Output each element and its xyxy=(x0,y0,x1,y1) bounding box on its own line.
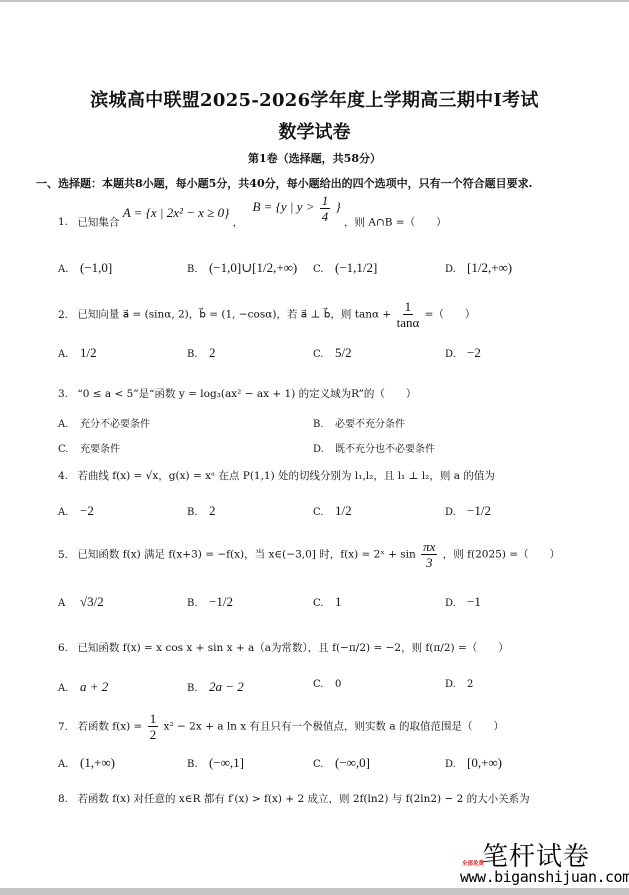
option-label: A xyxy=(58,598,80,609)
q5-option-b[interactable]: B.−1/2 xyxy=(187,594,233,610)
option-value: (−1,0] xyxy=(80,260,112,275)
q6-option-c[interactable]: C.0 xyxy=(313,679,341,690)
question-stem: 已知集合 xyxy=(77,216,119,228)
option-value: 2 xyxy=(209,503,216,518)
option-label: C. xyxy=(313,264,335,275)
option-label: A. xyxy=(58,507,80,518)
option-label: D. xyxy=(445,507,467,518)
question-1: 1. 已知集合 A = {x | 2x² − x ≥ 0} ， B = {y |… xyxy=(58,208,447,237)
option-label: A. xyxy=(58,759,80,770)
option-label: B. xyxy=(187,264,209,275)
question-number: 6. xyxy=(58,642,68,654)
option-value: a + 2 xyxy=(80,679,108,694)
fraction-numerator: πx xyxy=(421,540,437,555)
option-label: C. xyxy=(313,759,335,770)
question-7: 7. 若函数 f(x) = 12 x² − 2x + a ln x 有且只有一个… xyxy=(58,712,504,741)
question-number: 3. xyxy=(58,388,68,400)
q2-option-d[interactable]: D.−2 xyxy=(445,345,481,361)
bottom-border xyxy=(0,888,629,895)
option-value: 1/2 xyxy=(80,345,97,360)
question-number: 7. xyxy=(58,721,68,733)
exam-part: 第1卷（选择题，共58分） xyxy=(0,150,629,166)
option-label: B. xyxy=(187,598,209,609)
q6-option-a[interactable]: A.a + 2 xyxy=(58,679,108,695)
option-value: (−∞,1] xyxy=(209,755,244,770)
option-value: [1/2,+∞) xyxy=(467,260,512,275)
question-stem-start: 若函数 f(x) = xyxy=(77,721,142,733)
question-stem: 已知函数 f(x) 满足 f(x+3) = −f(x)，当 x∈(−3,0] 时… xyxy=(77,549,415,561)
question-number: 5. xyxy=(58,549,68,561)
question-tail: =（ ） xyxy=(425,309,476,321)
option-value: −1 xyxy=(467,594,481,609)
option-label: B. xyxy=(187,507,209,518)
option-label: D. xyxy=(313,444,335,455)
question-8: 8. 若函数 f(x) 对任意的 x∈R 都有 f′(x) > f(x) + 2… xyxy=(58,791,530,806)
q7-option-b[interactable]: B.(−∞,1] xyxy=(187,755,244,771)
q4-option-a[interactable]: A.−2 xyxy=(58,503,94,519)
option-value: √3/2 xyxy=(80,594,104,609)
q3-option-b[interactable]: B.必要不充分条件 xyxy=(313,415,405,430)
option-label: B. xyxy=(313,419,335,430)
option-label: D. xyxy=(445,349,467,360)
option-label: C. xyxy=(58,444,80,455)
option-label: B. xyxy=(187,349,209,360)
set-a-expression: A = {x | 2x² − x ≥ 0} xyxy=(123,205,230,220)
question-stem: 若曲线 f(x) = √x，g(x) = xᵃ 在点 P(1,1) 处的切线分别… xyxy=(77,470,494,482)
q6-option-d[interactable]: D.2 xyxy=(445,679,473,690)
option-label: C. xyxy=(313,349,335,360)
question-number: 4. xyxy=(58,470,68,482)
option-label: D. xyxy=(445,679,467,690)
option-label: D. xyxy=(445,759,467,770)
q4-option-b[interactable]: B.2 xyxy=(187,503,216,519)
option-value: (−1,0]∪[1/2,+∞) xyxy=(209,260,297,275)
option-value: 2 xyxy=(209,345,216,360)
fraction-denominator: tanα xyxy=(397,315,420,329)
question-5: 5. 已知函数 f(x) 满足 f(x+3) = −f(x)，当 x∈(−3,0… xyxy=(58,540,560,569)
q2-option-b[interactable]: B.2 xyxy=(187,345,216,361)
fraction: 14 xyxy=(320,194,331,223)
option-value: 必要不充分条件 xyxy=(335,419,405,430)
q5-option-d[interactable]: D.−1 xyxy=(445,594,481,610)
option-value: (1,+∞) xyxy=(80,755,115,770)
option-label: A. xyxy=(58,349,80,360)
question-stem-end: x² − 2x + a ln x 有且只有一个极值点，则实数 a 的取值范围是（… xyxy=(164,721,504,733)
q5-option-a[interactable]: A√3/2 xyxy=(58,594,104,610)
question-number: 1. xyxy=(58,216,68,228)
q4-option-d[interactable]: D.−1/2 xyxy=(445,503,491,519)
question-stem: “0 ≤ a < 5”是“函数 y = log₃(ax² − ax + 1) 的… xyxy=(77,388,416,400)
option-value: (−1,1/2] xyxy=(335,260,377,275)
fraction: 1tanα xyxy=(397,300,420,329)
fraction: πx3 xyxy=(421,540,437,569)
exam-title: 滨城高中联盟2025-2026学年度上学期高三期中Ⅰ考试 xyxy=(0,86,629,112)
question-tail: ，则 A∩B =（ ） xyxy=(344,216,447,228)
option-label: C. xyxy=(313,598,335,609)
top-border xyxy=(0,0,629,2)
question-6: 6. 已知函数 f(x) = x cos x + sin x + a（a为常数）… xyxy=(58,640,509,655)
option-label: C. xyxy=(313,679,335,690)
fraction-denominator: 3 xyxy=(426,555,433,569)
fraction-denominator: 4 xyxy=(322,209,329,223)
set-b-right: } xyxy=(336,199,341,214)
option-value: 0 xyxy=(335,679,341,690)
question-tail: ，则 f(2025) =（ ） xyxy=(443,549,560,561)
option-value: 充要条件 xyxy=(80,444,120,455)
option-value: 充分不必要条件 xyxy=(80,419,150,430)
q3-option-c[interactable]: C.充要条件 xyxy=(58,440,120,455)
option-value: −2 xyxy=(80,503,94,518)
separator: ， xyxy=(233,216,244,228)
set-b-expression: B = {y | y > 14 } xyxy=(252,199,344,214)
fraction-denominator: 2 xyxy=(150,727,157,741)
option-value: 既不充分也不必要条件 xyxy=(335,444,435,455)
question-4: 4. 若曲线 f(x) = √x，g(x) = xᵃ 在点 P(1,1) 处的切… xyxy=(58,468,495,483)
question-number: 2. xyxy=(58,309,68,321)
q3-option-a[interactable]: A.充分不必要条件 xyxy=(58,415,150,430)
option-value: [0,+∞) xyxy=(467,755,502,770)
question-stem: 已知函数 f(x) = x cos x + sin x + a（a为常数），且 … xyxy=(77,642,508,654)
q7-option-c[interactable]: C.(−∞,0] xyxy=(313,755,370,771)
q5-option-c[interactable]: C.1 xyxy=(313,594,342,610)
fraction-numerator: 1 xyxy=(320,194,331,209)
option-label: A. xyxy=(58,419,80,430)
q7-option-d[interactable]: D.[0,+∞) xyxy=(445,755,502,771)
option-value: −2 xyxy=(467,345,481,360)
watermark-tag: 全部免费 xyxy=(462,859,484,867)
q2-option-c[interactable]: C.5/2 xyxy=(313,345,352,361)
option-value: 1/2 xyxy=(335,503,352,518)
fraction-numerator: 1 xyxy=(148,712,159,727)
option-label: A. xyxy=(58,264,80,275)
option-value: 2a − 2 xyxy=(209,679,244,694)
option-label: B. xyxy=(187,759,209,770)
q1-option-a[interactable]: A.(−1,0] xyxy=(58,260,112,276)
option-value: (−∞,0] xyxy=(335,755,370,770)
q1-option-d[interactable]: D.[1/2,+∞) xyxy=(445,260,512,276)
option-value: 1 xyxy=(335,594,342,609)
q4-option-c[interactable]: C.1/2 xyxy=(313,503,352,519)
q1-option-b[interactable]: B.(−1,0]∪[1/2,+∞) xyxy=(187,260,297,276)
option-label: D. xyxy=(445,598,467,609)
option-value: −1/2 xyxy=(209,594,233,609)
question-2: 2. 已知向量 a⃗ = (sinα, 2)，b⃗ = (1, −cosα)，若… xyxy=(58,300,475,329)
watermark-url: www.biganshijuan.com xyxy=(460,868,629,886)
option-label: D. xyxy=(445,264,467,275)
exam-subject: 数学试卷 xyxy=(0,118,629,144)
set-b-left: B = {y | y > xyxy=(252,199,314,214)
option-value: 2 xyxy=(467,679,473,690)
question-number: 8. xyxy=(58,793,68,805)
question-stem: 若函数 f(x) 对任意的 x∈R 都有 f′(x) > f(x) + 2 成立… xyxy=(77,793,529,805)
section-heading: 一、选择题：本题共8小题，每小题5分，共40分，每小题给出的四个选项中，只有一个… xyxy=(36,175,532,191)
option-label: B. xyxy=(187,683,209,694)
question-stem: 已知向量 a⃗ = (sinα, 2)，b⃗ = (1, −cosα)，若 a⃗… xyxy=(77,309,391,321)
q2-option-a[interactable]: A.1/2 xyxy=(58,345,97,361)
q1-option-c[interactable]: C.(−1,1/2] xyxy=(313,260,377,276)
q3-option-d[interactable]: D.既不充分也不必要条件 xyxy=(313,440,435,455)
fraction: 12 xyxy=(148,712,159,741)
fraction-numerator: 1 xyxy=(403,300,414,315)
option-label: A. xyxy=(58,683,80,694)
q6-option-b[interactable]: B.2a − 2 xyxy=(187,679,244,695)
option-value: −1/2 xyxy=(467,503,491,518)
question-3: 3. “0 ≤ a < 5”是“函数 y = log₃(ax² − ax + 1… xyxy=(58,386,416,401)
q7-option-a[interactable]: A.(1,+∞) xyxy=(58,755,115,771)
option-value: 5/2 xyxy=(335,345,352,360)
option-label: C. xyxy=(313,507,335,518)
